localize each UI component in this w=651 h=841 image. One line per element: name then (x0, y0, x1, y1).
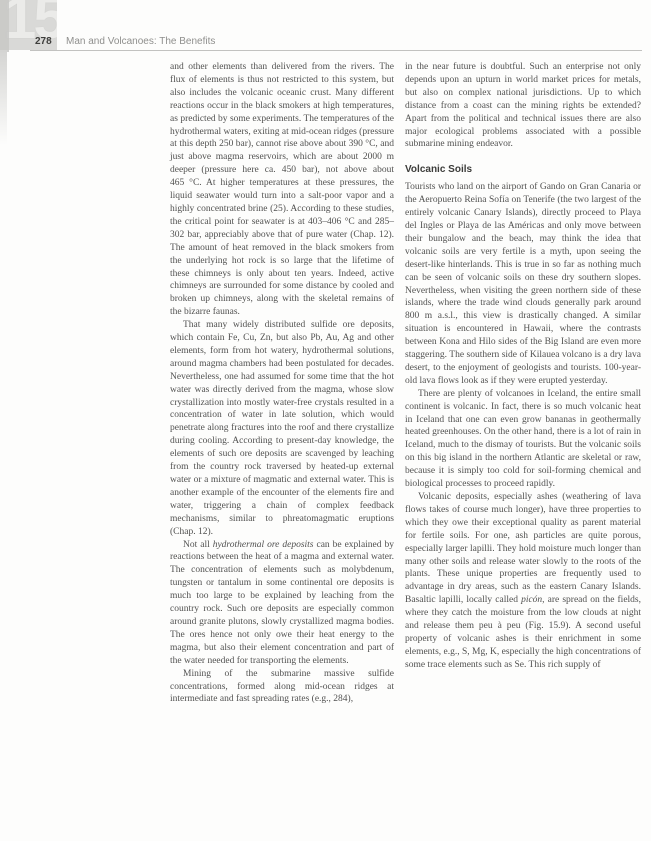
text-run: and other elements than delivered from t… (170, 62, 394, 317)
text-run: in the near future is doubtful. Such an … (405, 62, 641, 149)
page-edge-shading (0, 0, 9, 52)
italic-text-run: hydrothermal ore deposits (213, 540, 314, 550)
paragraph: Volcanic deposits, especially ashes (wea… (405, 491, 641, 672)
right-column-top: in the near future is doubtful. Such an … (405, 61, 641, 151)
paragraph: Mining of the submarine massive sulfide … (170, 668, 394, 707)
running-title: Man and Volcanoes: The Benefits (66, 36, 215, 47)
paragraph: That many widely distributed sulfide ore… (170, 319, 394, 538)
section-heading-volcanic-soils: Volcanic Soils (405, 164, 641, 177)
header-rule (30, 50, 642, 51)
italic-text-run: picón (521, 595, 542, 605)
text-run: can be explained by reactions between th… (170, 540, 394, 666)
paragraph: and other elements than delivered from t… (170, 61, 394, 319)
left-text-column: and other elements than delivered from t… (170, 61, 394, 706)
right-text-column: in the near future is doubtful. Such an … (405, 61, 641, 672)
text-run: , are spread on the fields, where they c… (405, 595, 641, 670)
text-run: There are plenty of volcanoes in Iceland… (405, 389, 641, 489)
text-run: Volcanic deposits, especially ashes (wea… (405, 492, 641, 605)
book-page: 15 278 Man and Volcanoes: The Benefits a… (0, 0, 651, 841)
page-edge-fade (0, 50, 7, 145)
right-column-bottom: Tourists who land on the airport of Gand… (405, 181, 641, 671)
text-run: Not all (183, 540, 213, 550)
paragraph: There are plenty of volcanoes in Iceland… (405, 388, 641, 491)
text-run: Tourists who land on the airport of Gand… (405, 182, 641, 386)
text-run: That many widely distributed sulfide ore… (170, 320, 394, 537)
paragraph: Not all hydrothermal ore deposits can be… (170, 539, 394, 668)
page-number: 278 (35, 36, 52, 47)
paragraph: in the near future is doubtful. Such an … (405, 61, 641, 151)
text-run: Mining of the submarine massive sulfide … (170, 669, 394, 705)
paragraph: Tourists who land on the airport of Gand… (405, 181, 641, 388)
